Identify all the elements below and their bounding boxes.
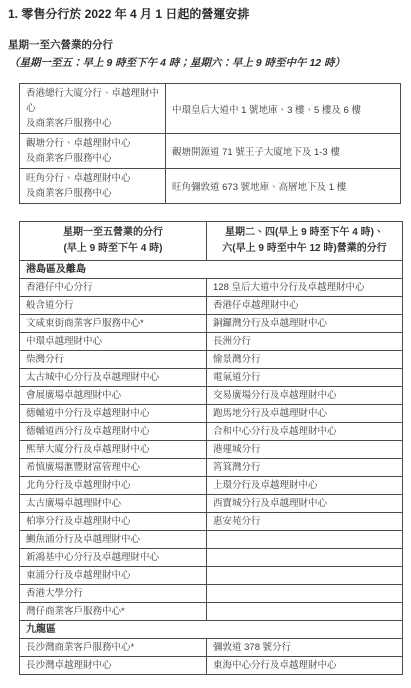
district-group-row: 九龍區 (20, 621, 403, 639)
paired-branch-cell (207, 549, 403, 567)
branch-row: 長沙灣卓越理財中心東海中心分行及卓越理財中心 (20, 657, 403, 675)
branch-row: 柏寧分行及卓越理財中心惠安苑分行 (20, 513, 403, 531)
weekday-branch-cell: 希慎廣場滙豐財富管理中心 (20, 459, 207, 477)
branch-address-cell: 旺角彌敦道 673 號地庫、高層地下及 1 樓 (166, 169, 401, 204)
page-title: 1. 零售分行於 2022 年 4 月 1 日起的營運安排 (8, 7, 403, 22)
weekday-branch-cell: 德輔道中分行及卓越理財中心 (20, 405, 207, 423)
branch-address-cell: 觀塘開源道 71 號王子大廈地下及 1-3 樓 (166, 134, 401, 169)
branch-name-cell: 旺角分行、卓越理財中心 及商業客戶服務中心 (20, 169, 166, 204)
weekday-branch-cell: 北角分行及卓越理財中心 (20, 477, 207, 495)
branch-row: 鰂魚涌分行及卓越理財中心 (20, 531, 403, 549)
branch-row: 太古城中心分行及卓越理財中心電氣道分行 (20, 369, 403, 387)
paired-branch-cell: 交易廣場分行及卓越理財中心 (207, 387, 403, 405)
paired-branch-cell: 筲箕灣分行 (207, 459, 403, 477)
weekday-branch-cell: 長沙灣卓越理財中心 (20, 657, 207, 675)
paired-branch-cell (207, 567, 403, 585)
branch-name-cell: 觀塘分行、卓越理財中心 及商業客戶服務中心 (20, 134, 166, 169)
paired-branch-cell: 長洲分行 (207, 333, 403, 351)
weekday-branch-cell: 香港大學分行 (20, 585, 207, 603)
weekday-branch-cell: 香港仔中心分行 (20, 279, 207, 297)
weekday-branch-cell: 中環卓越理財中心 (20, 333, 207, 351)
branch-row: 中環卓越理財中心長洲分行 (20, 333, 403, 351)
branch-row: 文咸東街商業客戶服務中心*銅鑼灣分行及卓越理財中心 (20, 315, 403, 333)
branch-row: 德輔道西分行及卓越理財中心合和中心分行及卓越理財中心 (20, 423, 403, 441)
paired-branch-cell: 上環分行及卓越理財中心 (207, 477, 403, 495)
weekday-branch-cell: 德輔道西分行及卓越理財中心 (20, 423, 207, 441)
branch-row: 會展廣場卓越理財中心交易廣場分行及卓越理財中心 (20, 387, 403, 405)
branch-row: 香港大學分行 (20, 585, 403, 603)
weekday-branch-cell: 會展廣場卓越理財中心 (20, 387, 207, 405)
branch-row: 德輔道中分行及卓越理財中心跑馬地分行及卓越理財中心 (20, 405, 403, 423)
weekday-branch-cell: 般含道分行 (20, 297, 207, 315)
branch-row: 般含道分行香港仔卓越理財中心 (20, 297, 403, 315)
district-group-row: 港島區及離島 (20, 261, 403, 279)
branch-row: 長沙灣商業客戶服務中心*彌敦道 378 號分行 (20, 639, 403, 657)
weekday-branch-cell: 太古城中心分行及卓越理財中心 (20, 369, 207, 387)
weekday-branch-cell: 灣仔商業客戶服務中心* (20, 603, 207, 621)
alternate-schedule-branches-table: 星期一至五營業的分行 (早上 9 時至下午 4 時) 星期二、四(早上 9 時至… (19, 221, 403, 675)
branch-row: 香港總行大廈分行、卓越理財中心 及商業客戶服務中心中環皇后大道中 1 號地庫、3… (20, 84, 401, 134)
weekday-branch-cell: 柏寧分行及卓越理財中心 (20, 513, 207, 531)
opening-hours-note: （星期一至五：早上 9 時至下午 4 時；星期六：早上 9 時至中午 12 時） (9, 57, 403, 70)
branch-row: 旺角分行、卓越理財中心 及商業客戶服務中心旺角彌敦道 673 號地庫、高層地下及… (20, 169, 401, 204)
branch-row: 東涌分行及卓越理財中心 (20, 567, 403, 585)
mon-to-fri-column-header: 星期一至五營業的分行 (早上 9 時至下午 4 時) (20, 222, 207, 261)
paired-branch-cell: 跑馬地分行及卓越理財中心 (207, 405, 403, 423)
weekday-branch-cell: 鰂魚涌分行及卓越理財中心 (20, 531, 207, 549)
weekday-branch-cell: 長沙灣商業客戶服務中心* (20, 639, 207, 657)
weekday-branch-cell: 新鴻基中心分行及卓越理財中心 (20, 549, 207, 567)
paired-branch-cell: 西寶城分行及卓越理財中心 (207, 495, 403, 513)
weekday-branch-cell: 柴灣分行 (20, 351, 207, 369)
district-name: 港島區及離島 (20, 261, 403, 279)
branch-row: 觀塘分行、卓越理財中心 及商業客戶服務中心觀塘開源道 71 號王子大廈地下及 1… (20, 134, 401, 169)
paired-branch-cell: 港運城分行 (207, 441, 403, 459)
branch-row: 北角分行及卓越理財中心上環分行及卓越理財中心 (20, 477, 403, 495)
tue-thu-sat-column-header: 星期二、四(早上 9 時至下午 4 時)、 六(早上 9 時至中午 12 時)營… (207, 222, 403, 261)
paired-branch-cell: 銅鑼灣分行及卓越理財中心 (207, 315, 403, 333)
branch-row: 灣仔商業客戶服務中心* (20, 603, 403, 621)
mon-to-sat-heading: 星期一至六營業的分行 (8, 39, 403, 52)
branch-row: 希慎廣場滙豐財富管理中心筲箕灣分行 (20, 459, 403, 477)
paired-branch-cell: 愉景灣分行 (207, 351, 403, 369)
mon-to-sat-branches-table: 香港總行大廈分行、卓越理財中心 及商業客戶服務中心中環皇后大道中 1 號地庫、3… (19, 83, 401, 204)
weekday-branch-cell: 文咸東街商業客戶服務中心* (20, 315, 207, 333)
paired-branch-cell: 電氣道分行 (207, 369, 403, 387)
branch-name-cell: 香港總行大廈分行、卓越理財中心 及商業客戶服務中心 (20, 84, 166, 134)
paired-branch-cell (207, 585, 403, 603)
branch-row: 太古廣場卓越理財中心西寶城分行及卓越理財中心 (20, 495, 403, 513)
weekday-branch-cell: 東涌分行及卓越理財中心 (20, 567, 207, 585)
branch-row: 香港仔中心分行128 皇后大道中分行及卓越理財中心 (20, 279, 403, 297)
paired-branch-cell: 香港仔卓越理財中心 (207, 297, 403, 315)
paired-branch-cell: 128 皇后大道中分行及卓越理財中心 (207, 279, 403, 297)
paired-branch-cell: 東海中心分行及卓越理財中心 (207, 657, 403, 675)
branch-address-cell: 中環皇后大道中 1 號地庫、3 樓、5 樓及 6 樓 (166, 84, 401, 134)
paired-branch-cell: 彌敦道 378 號分行 (207, 639, 403, 657)
document-page: 1. 零售分行於 2022 年 4 月 1 日起的營運安排 星期一至六營業的分行… (0, 0, 411, 688)
branch-row: 熙華大廈分行及卓越理財中心港運城分行 (20, 441, 403, 459)
branch-row: 新鴻基中心分行及卓越理財中心 (20, 549, 403, 567)
paired-branch-cell: 合和中心分行及卓越理財中心 (207, 423, 403, 441)
paired-branch-cell (207, 531, 403, 549)
paired-branch-cell (207, 603, 403, 621)
paired-branch-cell: 惠安苑分行 (207, 513, 403, 531)
weekday-branch-cell: 熙華大廈分行及卓越理財中心 (20, 441, 207, 459)
district-name: 九龍區 (20, 621, 403, 639)
weekday-branch-cell: 太古廣場卓越理財中心 (20, 495, 207, 513)
branch-row: 柴灣分行愉景灣分行 (20, 351, 403, 369)
table-header-row: 星期一至五營業的分行 (早上 9 時至下午 4 時) 星期二、四(早上 9 時至… (20, 222, 403, 261)
